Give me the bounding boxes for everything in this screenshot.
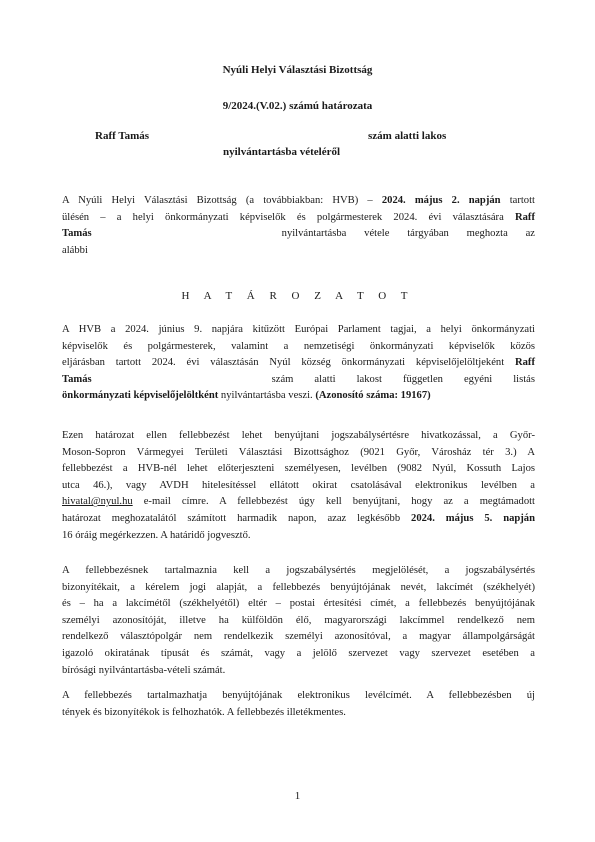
decision-line: képviselők és polgármesterek, valamint a… (62, 339, 535, 356)
subject-name: Raff Tamás (95, 130, 149, 142)
subject-line-2: nyilvántartásba vételéről (223, 146, 340, 158)
content-line: bírósági nyilvántartásba-vételi számát. (62, 663, 535, 680)
text: A Nyúli Helyi Választási Bizottság (a to… (62, 195, 382, 206)
content-line: A fellebbezésnek tartalmaznia kell a jog… (62, 563, 535, 580)
content-line: és – ha a lakcímétől (székhelyétől) elté… (62, 596, 535, 613)
intro-line: Tamásnyilvántartásba vétele tárgyában me… (62, 226, 535, 243)
appeal-content-paragraph: A fellebbezésnek tartalmaznia kell a jog… (62, 563, 535, 679)
name-bold: Raff (515, 212, 535, 223)
text: tartott (501, 195, 535, 206)
appeal-paragraph: Ezen határozat ellen fellebbezést lehet … (62, 428, 535, 544)
decision-line: önkormányzati képviselőjelöltként nyilvá… (62, 388, 535, 405)
content-line: személyi azonosítóját, illetve ha külföl… (62, 613, 535, 630)
name-bold: Raff (515, 357, 535, 368)
text: eljárásban tartott 2024. évi választásán… (62, 357, 515, 368)
intro-line: alábbi (62, 243, 535, 260)
content-line: bizonyítékait, a kérelem jogi alapját, a… (62, 580, 535, 597)
page-number: 1 (0, 790, 595, 802)
decision-line: A HVB a 2024. június 9. napjára kitűzött… (62, 322, 535, 339)
subject-address-suffix: szám alatti lakos (368, 130, 446, 142)
date-bold: 2024. május 2. napján (382, 195, 501, 206)
optional-line: A fellebbezés tartalmazhatja benyújtóján… (62, 688, 535, 705)
intro-paragraph: A Nyúli Helyi Választási Bizottság (a to… (62, 193, 535, 259)
text-bold: önkormányzati képviselőjelöltként (62, 390, 218, 401)
resolution-number: 9/2024.(V.02.) számú határozata (0, 100, 595, 112)
text: szám alatti lakost független egyéni list… (272, 374, 535, 385)
name-bold: Tamás (62, 228, 92, 239)
content-line: rendelkező választópolgár nem rendelkezi… (62, 629, 535, 646)
resolution-number-text: 9/2024.(V.02.) számú határozata (223, 100, 373, 112)
text: határozat meghozatalától számított harma… (62, 513, 411, 524)
intro-line: ülésén – a helyi önkormányzati képviselő… (62, 210, 535, 227)
content-line: igazoló okiratának típusát és számát, va… (62, 646, 535, 663)
committee-name: Nyúli Helyi Választási Bizottság (0, 64, 595, 76)
name-bold: Tamás (62, 374, 92, 385)
appeal-line: Moson-Sopron Vármegyei Területi Választá… (62, 445, 535, 462)
appeal-line: fellebbezést a HVB-nél lehet előterjeszt… (62, 461, 535, 478)
identifier-bold: (Azonosító száma: 19167) (315, 390, 430, 401)
intro-line: A Nyúli Helyi Választási Bizottság (a to… (62, 193, 535, 210)
text: e-mail címre. A fellebbezést úgy kell be… (133, 496, 535, 507)
appeal-line: hivatal@nyul.hu e-mail címre. A fellebbe… (62, 494, 535, 511)
decision-paragraph: A HVB a 2024. június 9. napjára kitűzött… (62, 322, 535, 405)
decision-line: Tamásszám alatti lakost független egyéni… (62, 372, 535, 389)
decision-heading: H A T Á R O Z A T O T (0, 290, 595, 302)
appeal-line: Ezen határozat ellen fellebbezést lehet … (62, 428, 535, 445)
text: ülésén – a helyi önkormányzati képviselő… (62, 212, 515, 223)
text: nyilvántartásba vétele tárgyában meghozt… (282, 228, 535, 239)
deadline-bold: 2024. május 5. napján (411, 513, 535, 524)
appeal-line: határozat meghozatalától számított harma… (62, 511, 535, 528)
email-link[interactable]: hivatal@nyul.hu (62, 496, 133, 507)
appeal-line: 16 óráig megérkezzen. A határidő jogvesz… (62, 528, 535, 545)
text: nyilvántartásba veszi. (218, 390, 315, 401)
optional-line: tények és bizonyítékok is felhozhatók. A… (62, 705, 535, 722)
decision-line: eljárásban tartott 2024. évi választásán… (62, 355, 535, 372)
optional-content-paragraph: A fellebbezés tartalmazhatja benyújtóján… (62, 688, 535, 721)
appeal-line: utca 46.), vagy AVDH hitelesítéssel ellá… (62, 478, 535, 495)
